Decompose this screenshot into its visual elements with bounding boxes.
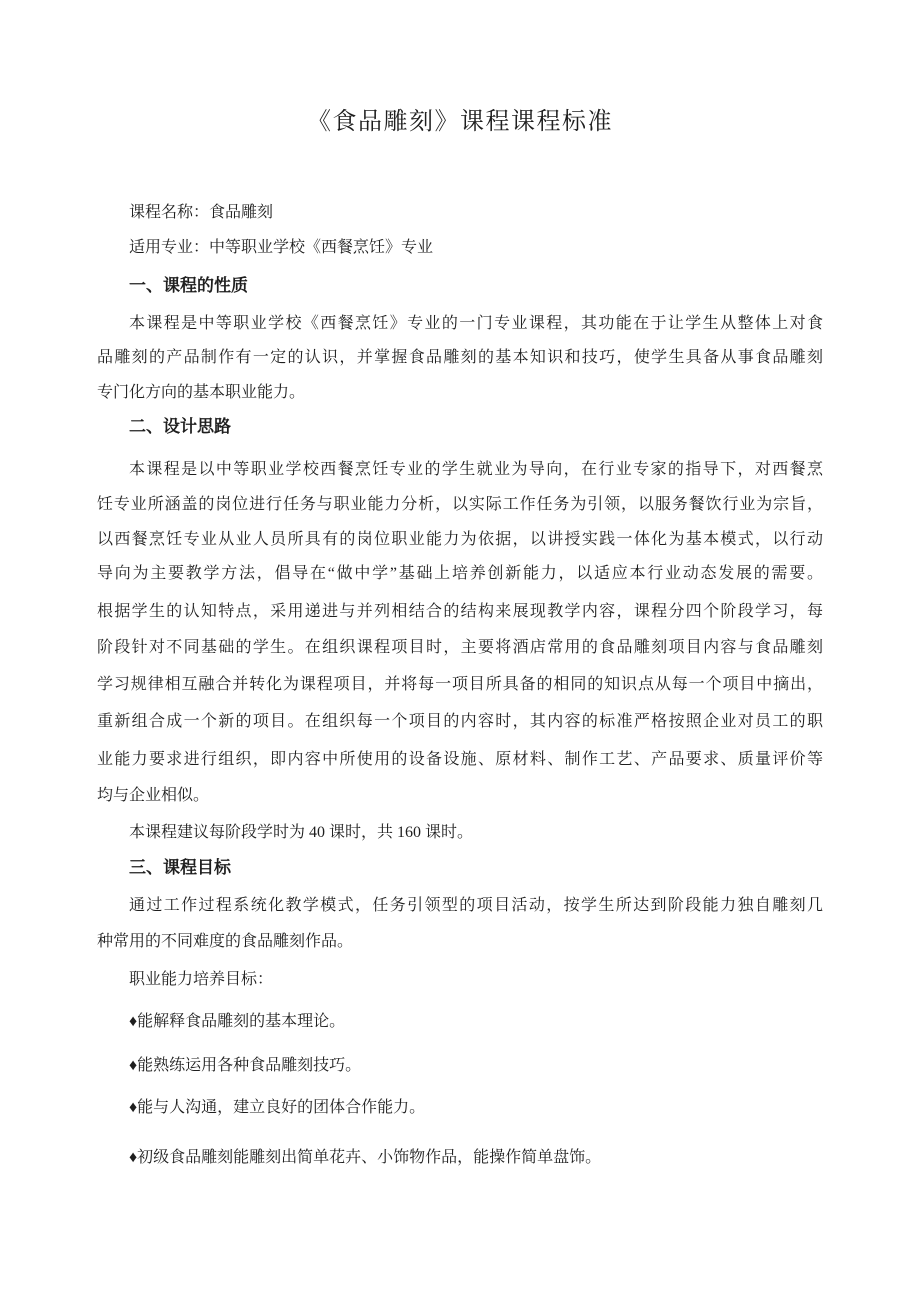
paragraph-line: 导向为主要教学方法，倡导在“做中学”基础上培养创新能力，以适应本行业动态发展的需…: [97, 556, 823, 592]
paragraph-line: 均与企业相似。: [97, 778, 823, 814]
paragraph-line: 业能力要求进行组织，即内容中所使用的设备设施、原材料、制作工艺、产品要求、质量评…: [97, 742, 823, 778]
paragraph-line: 饪专业所涵盖的岗位进行任务与职业能力分析，以实际工作任务为引领，以服务餐饮行业为…: [97, 487, 823, 523]
bullet-item: ♦能解释食品雕刻的基本理论。: [129, 1004, 823, 1040]
paragraph-line: 通过工作过程系统化教学模式，任务引领型的项目活动，按学生所达到阶段能力独自雕刻几: [129, 888, 823, 924]
paragraph-line: 根据学生的认知特点，采用递进与并列相结合的结构来展现教学内容，课程分四个阶段学习…: [97, 594, 823, 630]
paragraph-line: 本课程是以中等职业学校西餐烹饪专业的学生就业为导向，在行业专家的指导下，对西餐烹: [129, 452, 823, 488]
document-title: 《食品雕刻》课程课程标准: [0, 102, 920, 142]
hours-line: 本课程建议每阶段学时为 40 课时，共 160 课时。: [129, 815, 823, 851]
paragraph-line: 以西餐烹饪专业从业人员所具有的岗位职业能力为依据，以讲授实践一体化为基本模式，以…: [97, 522, 823, 558]
section-3-heading: 三、课程目标: [129, 850, 823, 886]
bullet-item: ♦能与人沟通，建立良好的团体合作能力。: [129, 1090, 823, 1126]
document-page: 《食品雕刻》课程课程标准 课程名称：食品雕刻 适用专业：中等职业学校《西餐烹饪》…: [0, 0, 920, 1301]
section-2-heading: 二、设计思路: [129, 409, 823, 445]
section-1-heading: 一、课程的性质: [129, 268, 823, 304]
bullet-item: ♦能熟练运用各种食品雕刻技巧。: [129, 1048, 823, 1084]
paragraph-line: 本课程是中等职业学校《西餐烹饪》专业的一门专业课程，其功能在于让学生从整体上对食: [129, 306, 823, 342]
subheading-career-goals: 职业能力培养目标：: [129, 962, 823, 998]
paragraph-line: 品雕刻的产品制作有一定的认识，并掌握食品雕刻的基本知识和技巧，使学生具备从事食品…: [97, 340, 823, 376]
paragraph-line: 种常用的不同难度的食品雕刻作品。: [97, 924, 823, 960]
bullet-item: ♦初级食品雕刻能雕刻出简单花卉、小饰物作品，能操作简单盘饰。: [129, 1140, 823, 1176]
paragraph-line: 阶段针对不同基础的学生。在组织课程项目时，主要将酒店常用的食品雕刻项目内容与食品…: [97, 630, 823, 666]
applicable-major-line: 适用专业：中等职业学校《西餐烹饪》专业: [129, 230, 823, 266]
paragraph-line: 专门化方向的基本职业能力。: [97, 375, 823, 411]
course-name-line: 课程名称：食品雕刻: [129, 195, 823, 231]
paragraph-line: 重新组合成一个新的项目。在组织每一个项目的内容时，其内容的标准严格按照企业对员工…: [97, 704, 823, 740]
paragraph-line: 学习规律相互融合并转化为课程项目，并将每一项目所具备的相同的知识点从每一个项目中…: [97, 667, 823, 703]
